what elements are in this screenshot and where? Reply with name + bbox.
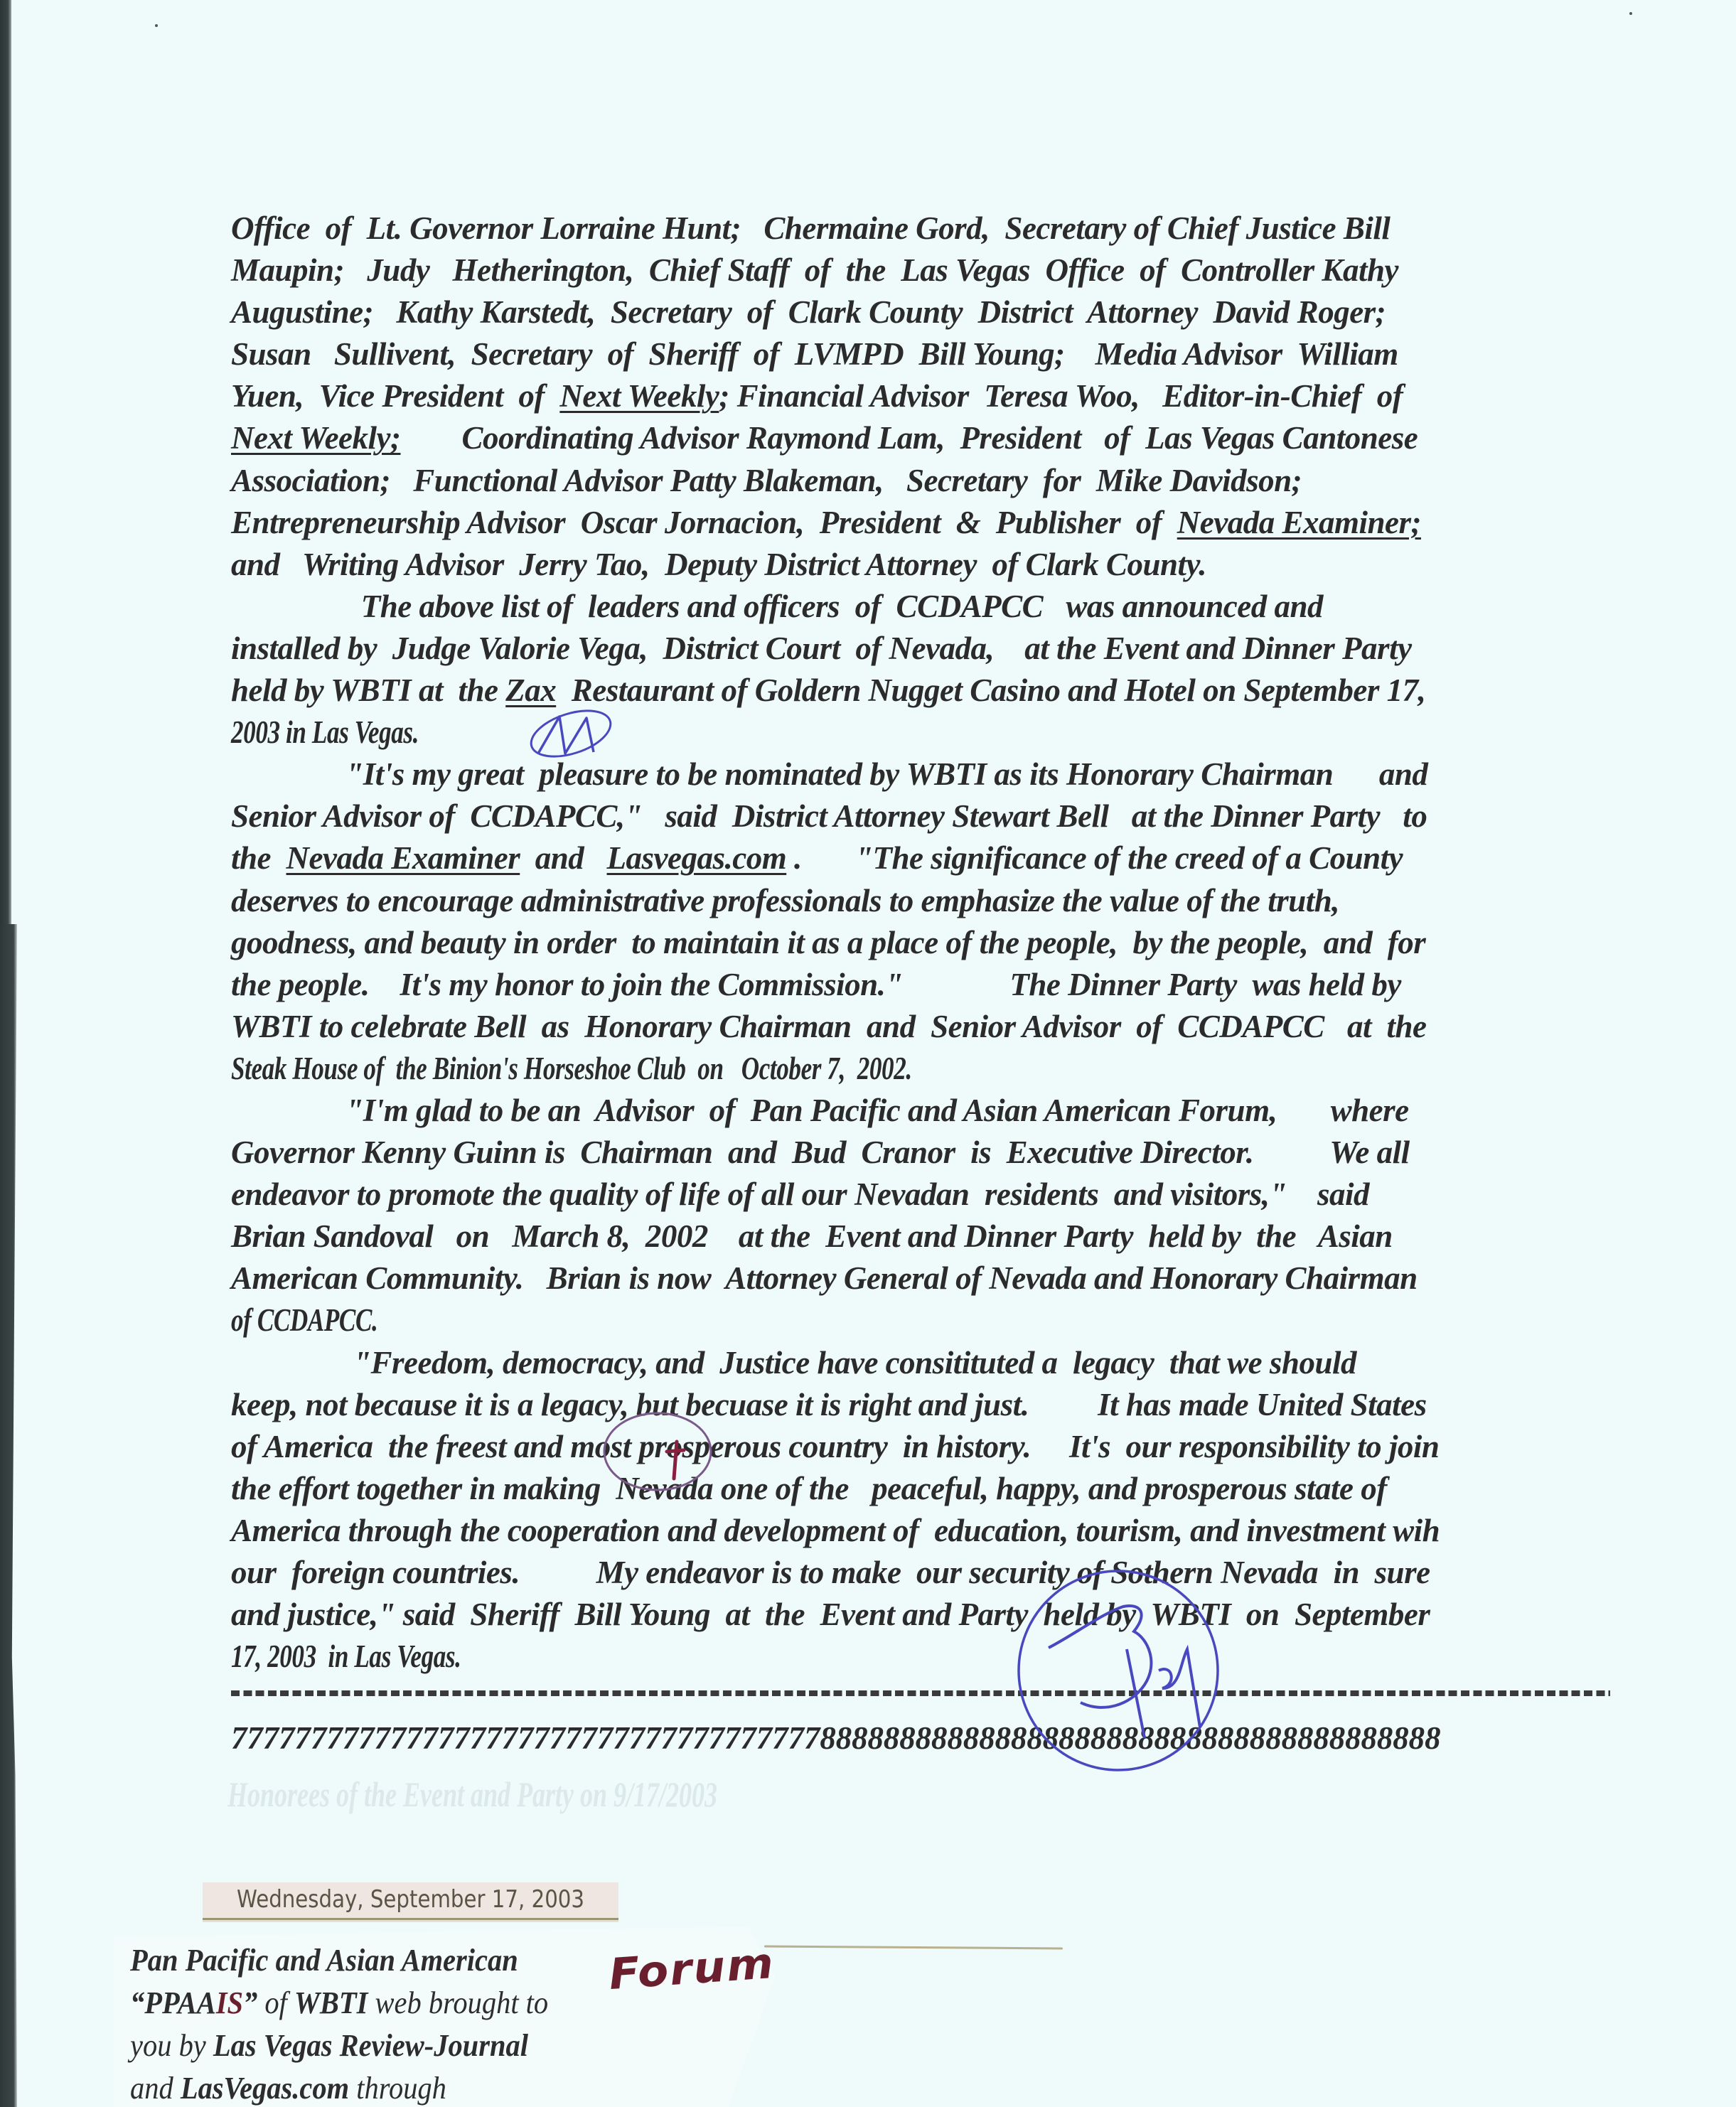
newspaper-date-strip: Wednesday, September 17, 2003 — [203, 1882, 618, 1920]
underlined-reference: Next Weekly; — [231, 420, 401, 456]
body-line: goodness, and beauty in order to maintai… — [231, 922, 1624, 964]
body-line: "I'm glad to be an Advisor of Pan Pacifi… — [231, 1090, 1624, 1132]
body-line: Yuen, Vice President of Next Weekly; Fin… — [231, 375, 1624, 417]
underlined-reference: Lasvegas.com — [607, 840, 787, 876]
body-line: our foreign countries. My endeavor is to… — [231, 1552, 1624, 1594]
body-line: keep, not because it is a legacy, but be… — [231, 1384, 1624, 1426]
body-line: Brian Sandoval on March 8, 2002 at the E… — [231, 1216, 1624, 1258]
clipping-line-3: you by Las Vegas Review-Journal — [130, 2025, 719, 2067]
body-line: endeavor to promote the quality of life … — [231, 1174, 1624, 1216]
dashed-separator — [231, 1690, 1610, 1696]
scan-left-edge-lower — [0, 924, 17, 2107]
body-line: WBTI to celebrate Bell as Honorary Chair… — [231, 1006, 1624, 1048]
body-line: the Nevada Examiner and Lasvegas.com . "… — [231, 837, 1624, 879]
body-line: and justice," said Sheriff Bill Young at… — [231, 1594, 1624, 1636]
body-line: Office of Lt. Governor Lorraine Hunt; Ch… — [231, 208, 1624, 250]
clipping-line-4: and LasVegas.com through — [130, 2067, 719, 2107]
body-line: Association; Functional Advisor Patty Bl… — [231, 460, 1624, 502]
underlined-reference: Nevada Examiner; — [1177, 505, 1421, 540]
body-line: of CCDAPCC. — [231, 1299, 1318, 1341]
body-line: 17, 2003 in Las Vegas. — [231, 1636, 1318, 1678]
newspaper-date: Wednesday, September 17, 2003 — [237, 1885, 584, 1914]
body-line: Governor Kenny Guinn is Chairman and Bud… — [231, 1132, 1624, 1174]
body-line: deserves to encourage administrative pro… — [231, 880, 1624, 922]
eights-run: 888888888888888888888888888888888888888 — [820, 1713, 1440, 1763]
faded-heading: Honorees of the Event and Party on 9/17/… — [227, 1774, 717, 1815]
underlined-reference: Nevada Examiner — [286, 840, 520, 876]
body-line: Steak House of the Binion's Horseshoe Cl… — [231, 1048, 1318, 1090]
body-line: Senior Advisor of CCDAPCC," said Distric… — [231, 795, 1624, 837]
body-line: America through the cooperation and deve… — [231, 1510, 1624, 1552]
body-line: installed by Judge Valorie Vega, Distric… — [231, 628, 1624, 670]
scan-speck — [155, 24, 158, 27]
body-line: of America the freest and most prosperou… — [231, 1426, 1624, 1468]
body-line: Entrepreneurship Advisor Oscar Jornacion… — [231, 502, 1624, 544]
body-line: "Freedom, democracy, and Justice have co… — [231, 1342, 1624, 1384]
handwritten-correction: IS — [216, 1985, 243, 2020]
body-line: held by WBTI at the Zax Restaurant of Go… — [231, 670, 1624, 712]
body-line: American Community. Brian is now Attorne… — [231, 1258, 1624, 1299]
body-line: Susan Sullivent, Secretary of Sheriff of… — [231, 333, 1624, 375]
digit-separator-row: 7777777777777777777777777777777777777888… — [231, 1713, 1617, 1763]
scan-speck — [1629, 12, 1632, 15]
body-line: and Writing Advisor Jerry Tao, Deputy Di… — [231, 544, 1624, 586]
body-line: the effort together in making Nevada one… — [231, 1468, 1624, 1510]
body-line: The above list of leaders and officers o… — [231, 586, 1624, 628]
sevens-run: 7777777777777777777777777777777777777 — [231, 1713, 820, 1763]
underlined-reference: Next Weekly — [559, 378, 719, 414]
body-line: Augustine; Kathy Karstedt, Secretary of … — [231, 291, 1624, 333]
body-line: 2003 in Las Vegas. — [231, 712, 1318, 754]
body-line: "It's my great pleasure to be nominated … — [231, 754, 1624, 795]
body-line: the people. It's my honor to join the Co… — [231, 964, 1624, 1006]
body-line: Maupin; Judy Hetherington, Chief Staff o… — [231, 250, 1624, 291]
body-line: Next Weekly; Coordinating Advisor Raymon… — [231, 417, 1624, 459]
torn-paper-edge — [764, 1946, 1063, 1950]
underlined-reference: Zax — [505, 672, 556, 708]
document-body: Office of Lt. Governor Lorraine Hunt; Ch… — [231, 208, 1624, 1678]
